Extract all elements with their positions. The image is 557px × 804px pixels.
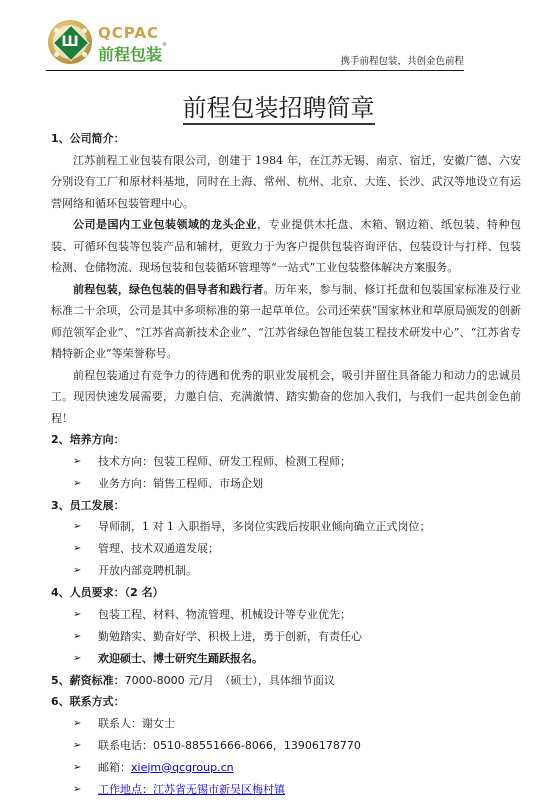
section-heading-requirements: 4、人员要求：（2 名） xyxy=(51,582,521,604)
logo-chinese-name: 前程包装® xyxy=(98,42,167,65)
paragraph-bold-lead: 前程包装，绿色包装的倡导者和践行者 xyxy=(73,283,264,296)
arrow-bullet-icon: ➢ xyxy=(73,516,81,538)
company-intro-paragraph-3: 前程包装，绿色包装的倡导者和践行者。历年来，参与制、修订托盘和包装国家标准及行业… xyxy=(51,279,521,365)
document-header: Ш QCPAC 前程包装® 携手前程包装，共创金色前程 xyxy=(46,18,464,71)
company-intro-paragraph-4: 前程包装通过有竞争力的待遇和优秀的职业发展机会，吸引并留住具备能力和动力的忠诚员… xyxy=(51,365,521,430)
header-slogan: 携手前程包装，共创金色前程 xyxy=(340,53,464,67)
work-location-item: ➢工作地点：江苏省无锡市新吴区梅村镇 xyxy=(51,779,521,801)
company-intro-paragraph-1: 江苏前程工业包装有限公司，创建于 1984 年，在江苏无锡、南京、宿迁，安徽广德… xyxy=(51,150,521,215)
page-title: 前程包装招聘简章 xyxy=(0,88,557,123)
company-intro-paragraph-2: 公司是国内工业包装领域的龙头企业，专业提供木托盘、木箱、钢边箱、纸包装、特种包装… xyxy=(51,214,521,279)
logo-dot xyxy=(82,28,87,33)
list-item: ➢包装工程、材料、物流管理、机械设计等专业优先； xyxy=(51,604,521,626)
company-logo-emblem-icon: Ш xyxy=(48,20,92,64)
list-item: ➢开放内部竞聘机制。 xyxy=(51,560,521,582)
page-title-text: 前程包装招聘简章 xyxy=(183,94,375,125)
arrow-bullet-icon: ➢ xyxy=(73,626,81,648)
paragraph-bold-lead: 公司是国内工业包装领域的龙头企业 xyxy=(73,218,257,231)
email-link[interactable]: xiejm@qcgroup.cn xyxy=(131,761,234,774)
arrow-bullet-icon: ➢ xyxy=(73,604,81,626)
registered-mark: ® xyxy=(162,42,167,48)
arrow-bullet-icon: ➢ xyxy=(73,473,81,495)
section-heading-contact: 6、联系方式： xyxy=(51,691,521,713)
list-item-text: 导师制，1 对 1 入职指导，多岗位实践后按职业倾向确立正式岗位； xyxy=(98,520,431,533)
document-body: 1、公司简介： 江苏前程工业包装有限公司，创建于 1984 年，在江苏无锡、南京… xyxy=(51,128,521,801)
work-location-link[interactable]: 工作地点：江苏省无锡市新吴区梅村镇 xyxy=(98,783,285,796)
training-list: ➢技术方向：包装工程师、研发工程师、检测工程师； ➢业务方向：销售工程师、市场企… xyxy=(51,451,521,495)
contact-list: ➢联系人：谢女士 ➢联系电话：0510-88551666-8066，139061… xyxy=(51,713,521,801)
section-heading-development: 3、员工发展： xyxy=(51,495,521,517)
contact-person-label: 联系人： xyxy=(98,717,142,730)
phone-label: 联系电话： xyxy=(98,739,153,752)
arrow-bullet-icon: ➢ xyxy=(73,713,81,735)
requirements-list: ➢包装工程、材料、物流管理、机械设计等专业优先； ➢勤勉踏实、勤奋好学、积极上进… xyxy=(51,604,521,670)
list-item-text: 技术方向：包装工程师、研发工程师、检测工程师； xyxy=(98,455,351,468)
arrow-bullet-icon: ➢ xyxy=(73,538,81,560)
list-item: ➢欢迎硕士、博士研究生踊跃报名。 xyxy=(51,648,521,670)
list-item-text: 欢迎硕士、博士研究生踊跃报名。 xyxy=(98,652,263,665)
list-item: ➢业务方向：销售工程师、市场企划 xyxy=(51,473,521,495)
phone-value: 0510-88551666-8066，13906178770 xyxy=(153,739,361,752)
list-item: ➢管理、技术双通道发展； xyxy=(51,538,521,560)
list-item: ➢技术方向：包装工程师、研发工程师、检测工程师； xyxy=(51,451,521,473)
arrow-bullet-icon: ➢ xyxy=(73,648,81,670)
salary-label: 5、薪资标准： xyxy=(51,674,125,687)
list-item-text: 管理、技术双通道发展； xyxy=(98,542,219,555)
arrow-bullet-icon: ➢ xyxy=(73,451,81,473)
logo-glyph: Ш xyxy=(60,33,80,51)
section-heading-training: 2、培养方向： xyxy=(51,429,521,451)
list-item-text: 包装工程、材料、物流管理、机械设计等专业优先； xyxy=(98,608,351,621)
logo-dot xyxy=(82,52,87,57)
list-item: ➢勤勉踏实、勤奋好学、积极上进，勇于创新，有责任心 xyxy=(51,626,521,648)
arrow-bullet-icon: ➢ xyxy=(73,757,81,779)
logo-chinese-text: 前程包装 xyxy=(98,45,162,64)
arrow-bullet-icon: ➢ xyxy=(73,735,81,757)
development-list: ➢导师制，1 对 1 入职指导，多岗位实践后按职业倾向确立正式岗位； ➢管理、技… xyxy=(51,516,521,582)
list-item: ➢导师制，1 对 1 入职指导，多岗位实践后按职业倾向确立正式岗位； xyxy=(51,516,521,538)
contact-email-item: ➢邮箱：xiejm@qcgroup.cn xyxy=(51,757,521,779)
contact-phone-item: ➢联系电话：0510-88551666-8066，13906178770 xyxy=(51,735,521,757)
logo-english-name: QCPAC xyxy=(98,24,159,42)
contact-person-value: 谢女士 xyxy=(142,717,175,730)
section-heading-salary: 5、薪资标准：7000-8000 元/月 （硕士），具体细节面议 xyxy=(51,670,521,692)
section-heading-company-intro: 1、公司简介： xyxy=(51,128,521,150)
list-item-text: 勤勉踏实、勤奋好学、积极上进，勇于创新，有责任心 xyxy=(98,630,362,643)
arrow-bullet-icon: ➢ xyxy=(73,779,81,801)
list-item-text: 业务方向：销售工程师、市场企划 xyxy=(98,477,263,490)
contact-person-item: ➢联系人：谢女士 xyxy=(51,713,521,735)
logo-dot xyxy=(54,28,59,33)
arrow-bullet-icon: ➢ xyxy=(73,560,81,582)
list-item-text: 开放内部竞聘机制。 xyxy=(98,564,197,577)
email-label: 邮箱： xyxy=(98,761,131,774)
logo-dot xyxy=(54,52,59,57)
salary-value: 7000-8000 元/月 （硕士），具体细节面议 xyxy=(125,674,335,687)
